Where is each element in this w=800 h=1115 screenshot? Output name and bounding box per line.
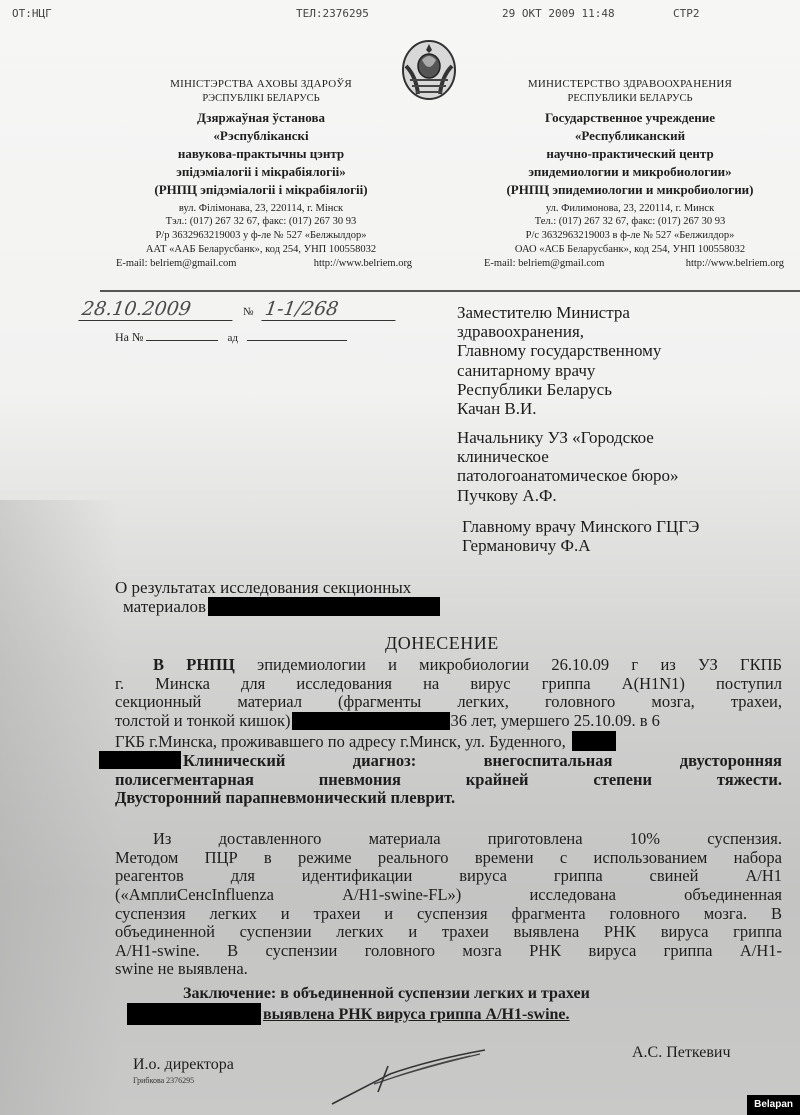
subject-text: материалов <box>123 597 206 616</box>
body-text: ГКБ г.Минска, проживавшего по адресу г.М… <box>115 732 566 751</box>
reply-number-blank <box>146 328 218 341</box>
addressee-line: здравоохранения, <box>457 322 661 341</box>
country-name-by: РЭСПУБЛІКІ БЕЛАРУСЬ <box>106 92 416 105</box>
institution-line: эпідэміалогіі і мікрабіялогіі» <box>106 163 416 181</box>
fax-tel: ТЕЛ:2376295 <box>296 7 369 20</box>
body-line: суспензия легких и трахеи и суспензия фр… <box>115 905 782 924</box>
reply-date-blank <box>247 328 347 341</box>
institution-line: «Республиканский <box>470 127 790 145</box>
paragraph-1: В РНПЦ эпидемиологии и микробиологии 26.… <box>115 656 782 808</box>
paper-shadow <box>0 500 120 1115</box>
address-line: ул. Филимонова, 23, 220114, г. Минск <box>470 202 790 216</box>
fax-page: СТР2 <box>673 7 700 20</box>
addressee-line: Качан В.И. <box>457 399 661 418</box>
letterhead-belarusian: МІНІСТЭРСТВА АХОВЫ ЗДАРОЎЯ РЭСПУБЛІКІ БЕ… <box>106 78 416 271</box>
body-line: Клинический диагноз: внегоспитальная дву… <box>99 751 782 771</box>
addressee-line: Главному врачу Минского ГЦГЭ <box>462 517 699 536</box>
body-text: Клинический диагноз: внегоспитальная дву… <box>183 751 782 770</box>
redaction-bar <box>208 597 440 616</box>
address-line: Тэл.: (017) 267 32 67, факс: (017) 267 3… <box>106 215 416 229</box>
letterhead-russian: МИНИСТЕРСТВО ЗДРАВООХРАНЕНИЯ РЕСПУБЛИКИ … <box>470 78 790 271</box>
handwritten-signature-icon <box>330 1048 490 1108</box>
document-title: ДОНЕСЕНИЕ <box>385 633 499 654</box>
redaction-bar <box>99 751 181 769</box>
fax-header: ОТ:НЦГ ТЕЛ:2376295 29 ОКТ 2009 11:48 СТР… <box>0 7 800 23</box>
number-label: № <box>243 306 254 318</box>
addressee-line: санитарному врачу <box>457 361 661 380</box>
body-line: толстой и тонкой кишок)36 лет, умершего … <box>115 712 782 731</box>
address-block-ru: ул. Филимонова, 23, 220114, г. Минск Тел… <box>470 202 790 271</box>
ministry-name-by: МІНІСТЭРСТВА АХОВЫ ЗДАРОЎЯ <box>106 78 416 92</box>
email-link: E-mail: belriem@gmail.com <box>116 257 236 271</box>
institution-line: (РНПЦ эпідэміалогіі і мікрабіялогіі) <box>106 181 416 199</box>
body-line: реагентов для идентификации вируса грипп… <box>115 867 782 886</box>
body-line: объединенной суспензии легких и трахеи в… <box>115 923 782 942</box>
body-line: («АмплиСенсInfluenza А/Н1-swine-FL») исс… <box>115 886 782 905</box>
handwritten-date: 28.10.2009 <box>78 298 235 321</box>
body-line: Методом ПЦР в режиме реального времени с… <box>115 849 782 868</box>
body-line: ГКБ г.Минска, проживавшего по адресу г.М… <box>115 731 782 752</box>
body-text: 36 лет, умершего 25.10.09. в 6 <box>451 711 660 730</box>
institution-line: Дзяржаўная ўстанова <box>106 109 416 127</box>
conclusion: Заключение: в объединенной суспензии лег… <box>183 985 590 1025</box>
institution-line: «Рэспубліканскі <box>106 127 416 145</box>
reply-label: На № <box>115 330 143 344</box>
executor-note: Грибкова 2376295 <box>133 1076 194 1085</box>
address-block-by: вул. Філімонава, 23, 220114, г. Мінск Тэ… <box>106 202 416 271</box>
conclusion-line: Заключение: в объединенной суспензии лег… <box>183 985 590 1003</box>
ministry-name-ru: МИНИСТЕРСТВО ЗДРАВООХРАНЕНИЯ <box>470 78 790 92</box>
conclusion-line: выявлена РНК вируса гриппа А/Н1-swine. <box>127 1003 590 1025</box>
addressee-line: клиническое <box>457 447 679 466</box>
addressee-pathology-bureau: Начальнику УЗ «Городское клиническое пат… <box>457 428 679 505</box>
subject-line: О результатах исследования секционных <box>115 578 440 597</box>
addressee-deputy-minister: Заместителю Министра здравоохранения, Гл… <box>457 303 661 418</box>
addressee-line: Начальнику УЗ «Городское <box>457 428 679 447</box>
fax-datetime: 29 ОКТ 2009 11:48 <box>502 7 615 20</box>
body-line: Двусторонний парапневмонический плеврит. <box>115 789 782 808</box>
addressee-line: Главному государственному <box>457 341 661 360</box>
addressee-chief-doctor: Главному врачу Минского ГЦГЭ Германовичу… <box>462 517 699 555</box>
addressee-line: Республики Беларусь <box>457 380 661 399</box>
handwritten-number: 1-1/268 <box>261 298 398 321</box>
addressee-line: Заместителю Министра <box>457 303 661 322</box>
address-line: Тел.: (017) 267 32 67, факс: (017) 267 3… <box>470 215 790 229</box>
body-line: полисегментарная пневмония крайней степе… <box>115 771 782 790</box>
redaction-bar <box>127 1003 261 1025</box>
reply-line: На № ад <box>115 328 347 345</box>
letterhead-divider <box>100 290 800 292</box>
contact-line: E-mail: belriem@gmail.com http://www.bel… <box>106 257 416 271</box>
body-text: толстой и тонкой кишок) <box>115 711 291 730</box>
body-line: В РНПЦ эпидемиологии и микробиологии 26.… <box>115 656 782 675</box>
address-line: Р/с 3632963219003 в ф-ле № 527 «Белжилдо… <box>470 229 790 243</box>
signer-name: А.С. Петкевич <box>632 1044 731 1062</box>
redaction-bar <box>292 712 450 730</box>
email-link: E-mail: belriem@gmail.com <box>484 257 604 271</box>
signer-role: И.о. директора <box>133 1056 234 1074</box>
institution-line: эпидемиологии и микробиологии» <box>470 163 790 181</box>
from-label: ад <box>227 332 237 344</box>
addressee-line: Германовичу Ф.А <box>462 536 699 555</box>
subject: О результатах исследования секционных ма… <box>115 578 440 616</box>
registration-line: 28.10.2009 № 1-1/268 <box>80 298 397 321</box>
website-link: http://www.belriem.org <box>686 257 784 271</box>
addressee-line: патологоанатомическое бюро» <box>457 466 679 485</box>
institution-line: (РНПЦ эпидемиологии и микробиологии) <box>470 181 790 199</box>
institution-line: Государственное учреждение <box>470 109 790 127</box>
body-line: г. Минска для исследования на вирус грип… <box>115 675 782 694</box>
country-name-ru: РЕСПУБЛИКИ БЕЛАРУСЬ <box>470 92 790 105</box>
subject-line: материалов <box>115 597 440 616</box>
body-line: А/Н1-swine. В суспензии головного мозга … <box>115 942 782 961</box>
source-watermark: Belapan <box>747 1095 800 1115</box>
body-line: секционный материал (фрагменты легких, г… <box>115 693 782 712</box>
redaction-bar <box>572 731 616 751</box>
body-line: Из доставленного материала приготовлена … <box>115 830 782 849</box>
website-link: http://www.belriem.org <box>314 257 412 271</box>
contact-line: E-mail: belriem@gmail.com http://www.bel… <box>470 257 790 271</box>
institution-line: научно-практический центр <box>470 145 790 163</box>
body-line: swine не выявлена. <box>115 960 782 979</box>
address-line: вул. Філімонава, 23, 220114, г. Мінск <box>106 202 416 216</box>
institution-line: навукова-практычны цэнтр <box>106 145 416 163</box>
conclusion-text: выявлена РНК вируса гриппа А/Н1-swine. <box>263 1006 570 1023</box>
address-line: ОАО «АСБ Беларусбанк», код 254, УНП 1005… <box>470 243 790 257</box>
address-line: ААТ «ААБ Беларусбанк», код 254, УНП 1005… <box>106 243 416 257</box>
paragraph-2: Из доставленного материала приготовлена … <box>115 830 782 979</box>
body-text: эпидемиологии и микробиологии 26.10.09 г… <box>235 655 782 674</box>
body-bold: В РНПЦ <box>153 655 235 674</box>
addressee-line: Пучкову А.Ф. <box>457 486 679 505</box>
address-line: Р/р 3632963219003 у ф-ле № 527 «Белжылдо… <box>106 229 416 243</box>
fax-from: ОТ:НЦГ <box>12 7 52 20</box>
